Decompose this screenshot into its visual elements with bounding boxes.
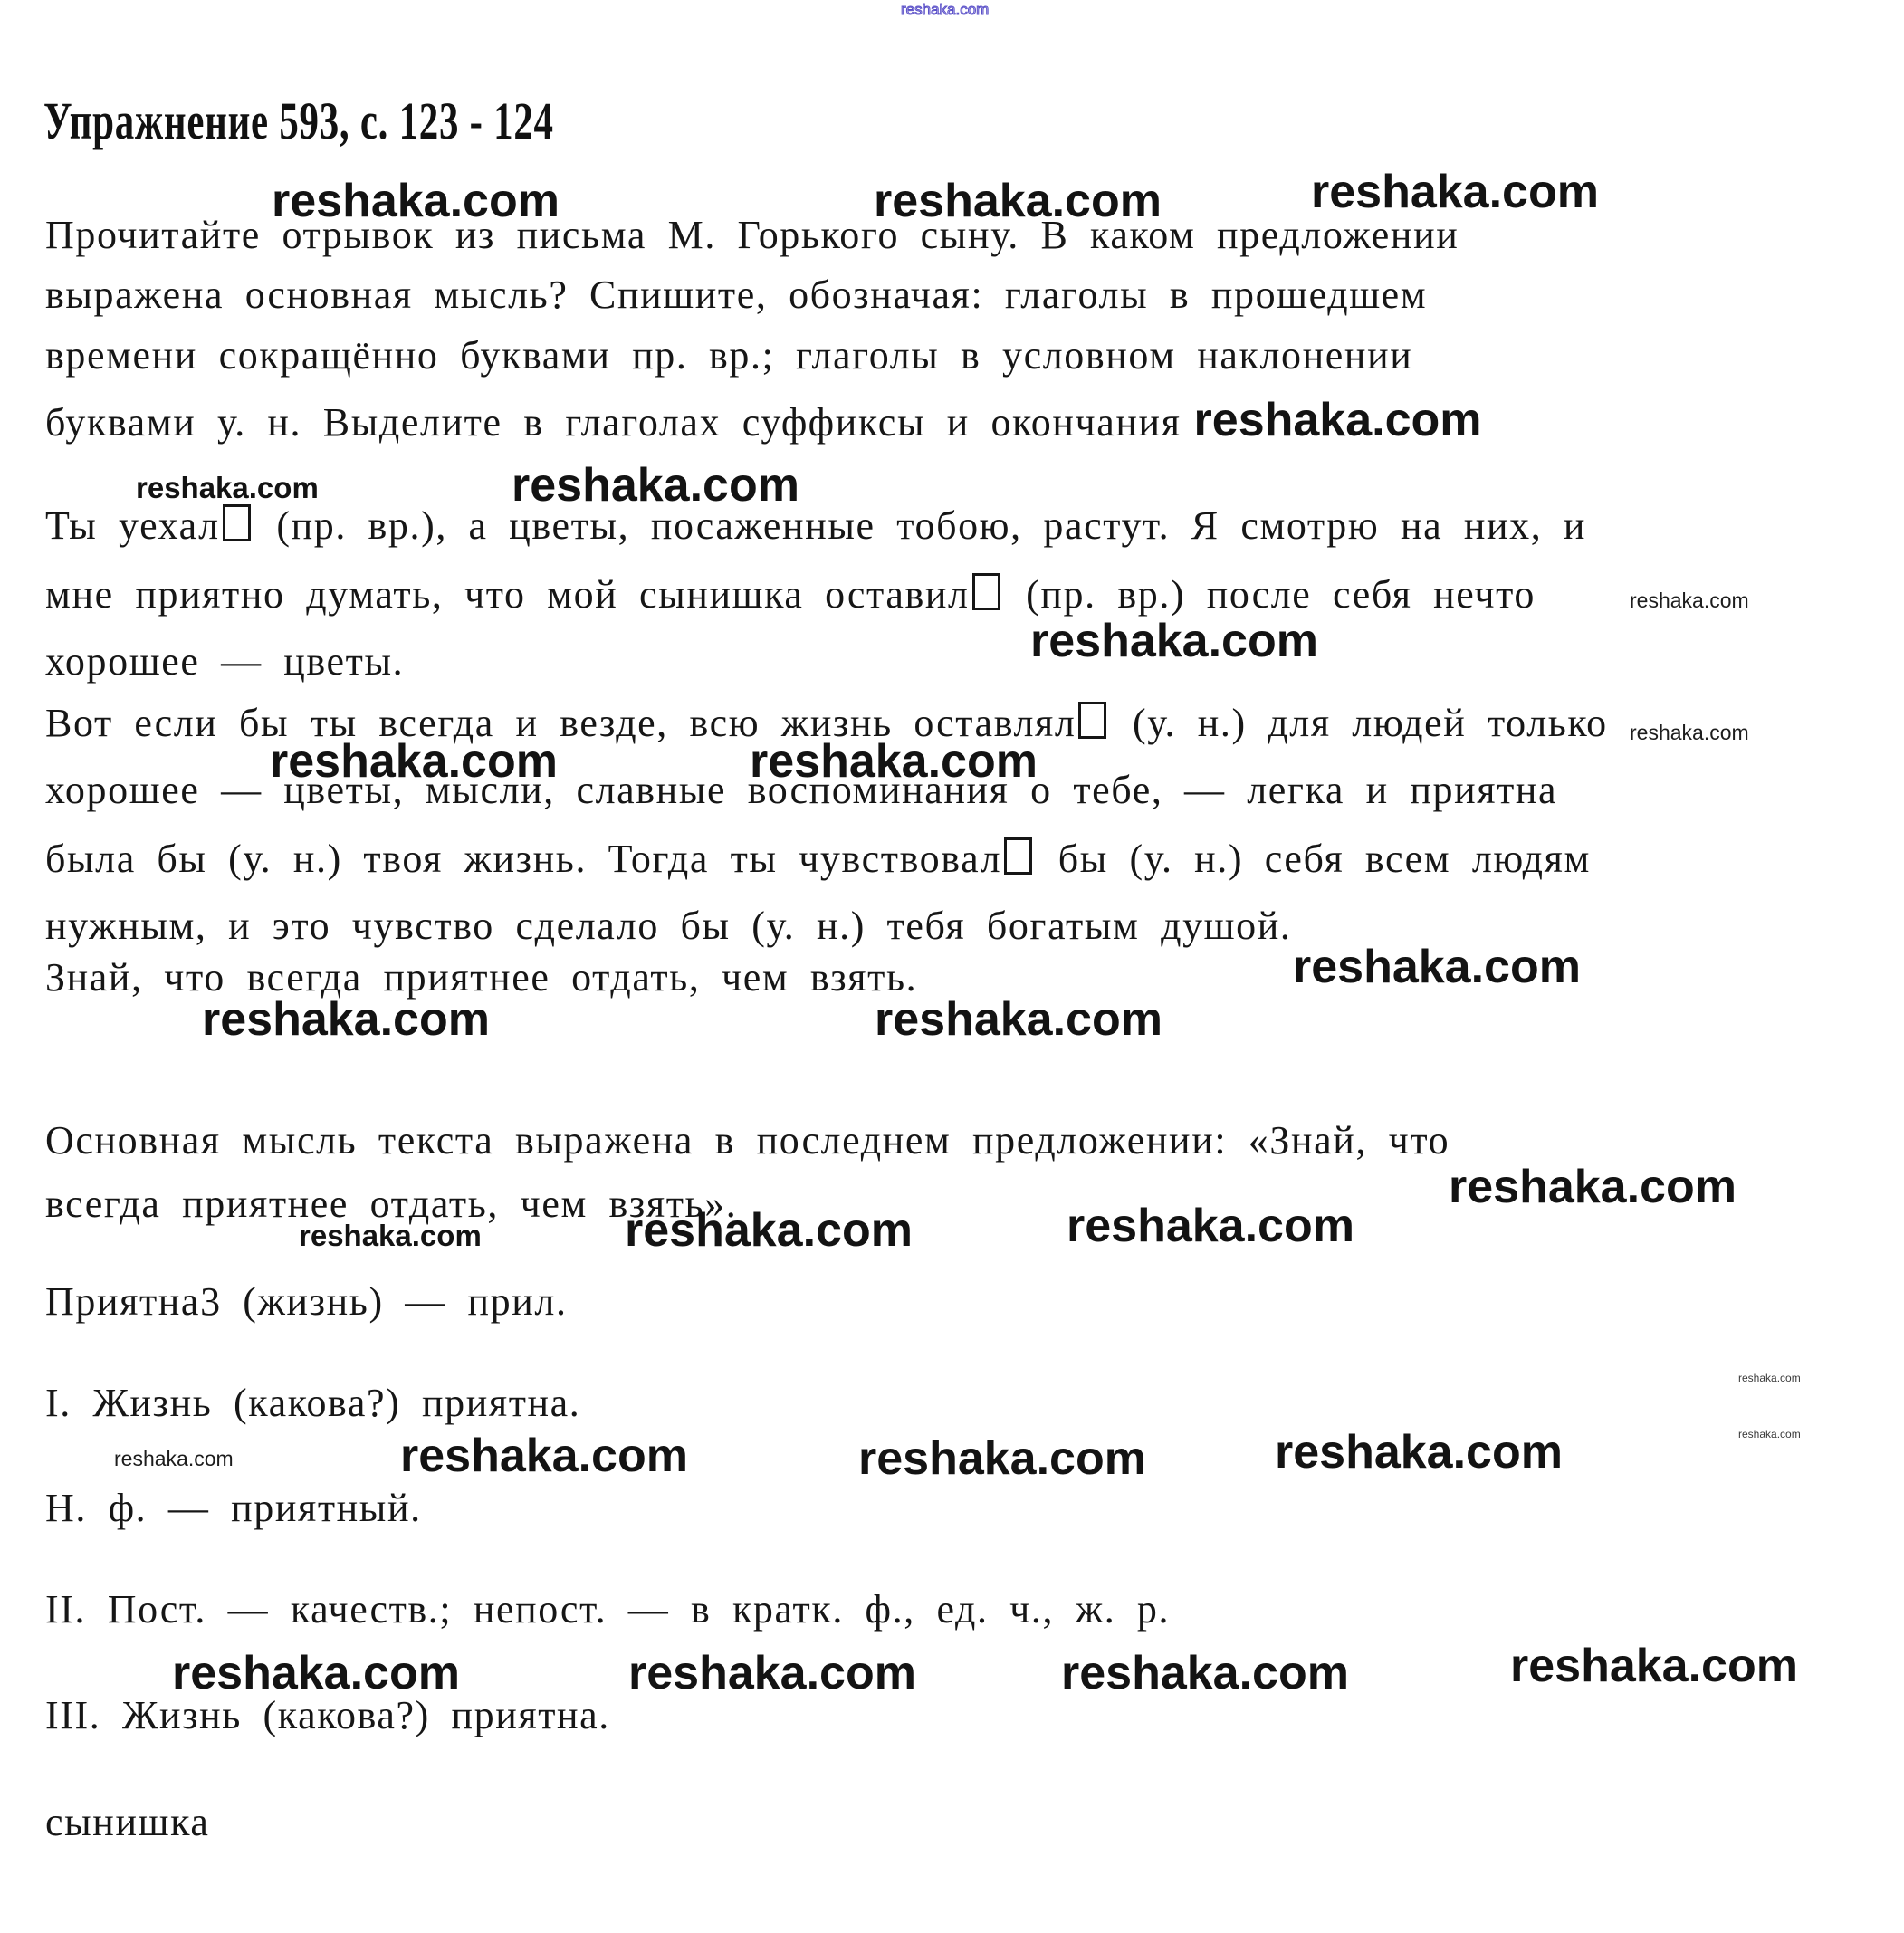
watermark-inline: reshaka.com: [1194, 394, 1482, 446]
text-line: хорошее — цветы.: [45, 641, 404, 683]
text-line: I. Жизнь (какова?) приятна.: [45, 1383, 580, 1424]
watermark-outline: reshaka.com: [901, 2, 989, 17]
text-line: III. Жизнь (какова?) приятна.: [45, 1695, 610, 1737]
watermark-bold: reshaka.com: [512, 462, 799, 509]
text-line: буквами у. н. Выделите в глаголах суффик…: [45, 396, 1482, 445]
watermark-bold: reshaka.com: [874, 177, 1162, 225]
watermark-small: reshaka.com: [114, 1449, 234, 1469]
watermark-bold: reshaka.com: [1510, 1642, 1798, 1689]
text-line: Н. ф. — приятный.: [45, 1488, 422, 1529]
text-line: нужным, и это чувство сделало бы (у. н.)…: [45, 905, 1292, 947]
text-line: Приятна3 (жизнь) — прил.: [45, 1281, 568, 1323]
text-line: II. Пост. — качеств.; непост. — в кратк.…: [45, 1589, 1170, 1631]
zero-ending-box: [1004, 837, 1032, 875]
text-line: выражена основная мысль? Спишите, обозна…: [45, 274, 1427, 316]
watermark-bold: reshaka.com: [628, 1650, 916, 1697]
zero-ending-box: [223, 504, 251, 541]
page-title: Упражнение 593, с. 123 - 124: [43, 91, 554, 151]
text-line: Ты уехал (пр. вр.), а цветы, посаженные …: [45, 504, 1586, 547]
watermark-bold: reshaka.com: [272, 177, 560, 225]
text-line: мне приятно думать, что мой сынишка оста…: [45, 573, 1536, 616]
zero-ending-box: [1078, 702, 1106, 739]
text-line: Прочитайте отрывок из письма М. Горького…: [45, 215, 1459, 256]
watermark-bold: reshaka.com: [858, 1435, 1146, 1482]
text-line: была бы (у. н.) твоя жизнь. Тогда ты чув…: [45, 837, 1591, 880]
watermark-bold: reshaka.com: [1061, 1650, 1349, 1697]
watermark-bold: reshaka.com: [270, 738, 558, 785]
watermark-bold: reshaka.com: [1293, 943, 1581, 990]
watermark-medium: reshaka.com: [299, 1220, 482, 1250]
watermark-bold: reshaka.com: [1449, 1163, 1737, 1211]
text-line: времени сокращённо буквами пр. вр.; глаг…: [45, 335, 1412, 377]
text-line: Основная мысль текста выражена в последн…: [45, 1120, 1450, 1162]
document-page: Упражнение 593, с. 123 - 124 Прочитайте …: [0, 0, 1904, 1933]
watermark-bold: reshaka.com: [400, 1432, 688, 1479]
watermark-bold: reshaka.com: [202, 996, 490, 1043]
text-line: Знай, что всегда приятнее отдать, чем вз…: [45, 957, 917, 999]
watermark-bold: reshaka.com: [1030, 617, 1318, 665]
watermark-bold: reshaka.com: [172, 1650, 460, 1697]
watermark-tiny: reshaka.com: [1738, 1429, 1801, 1440]
watermark-tiny: reshaka.com: [1738, 1373, 1801, 1383]
text-line: сынишка: [45, 1802, 210, 1843]
watermark-small: reshaka.com: [1630, 590, 1749, 611]
watermark-bold: reshaka.com: [1311, 168, 1599, 215]
watermark-medium: reshaka.com: [136, 473, 319, 502]
watermark-bold: reshaka.com: [750, 738, 1038, 785]
watermark-bold: reshaka.com: [875, 996, 1162, 1043]
watermark-bold: reshaka.com: [625, 1207, 913, 1254]
watermark-bold: reshaka.com: [1067, 1202, 1354, 1249]
watermark-small: reshaka.com: [1630, 722, 1749, 743]
zero-ending-box: [972, 573, 1000, 610]
watermark-bold: reshaka.com: [1275, 1429, 1563, 1476]
